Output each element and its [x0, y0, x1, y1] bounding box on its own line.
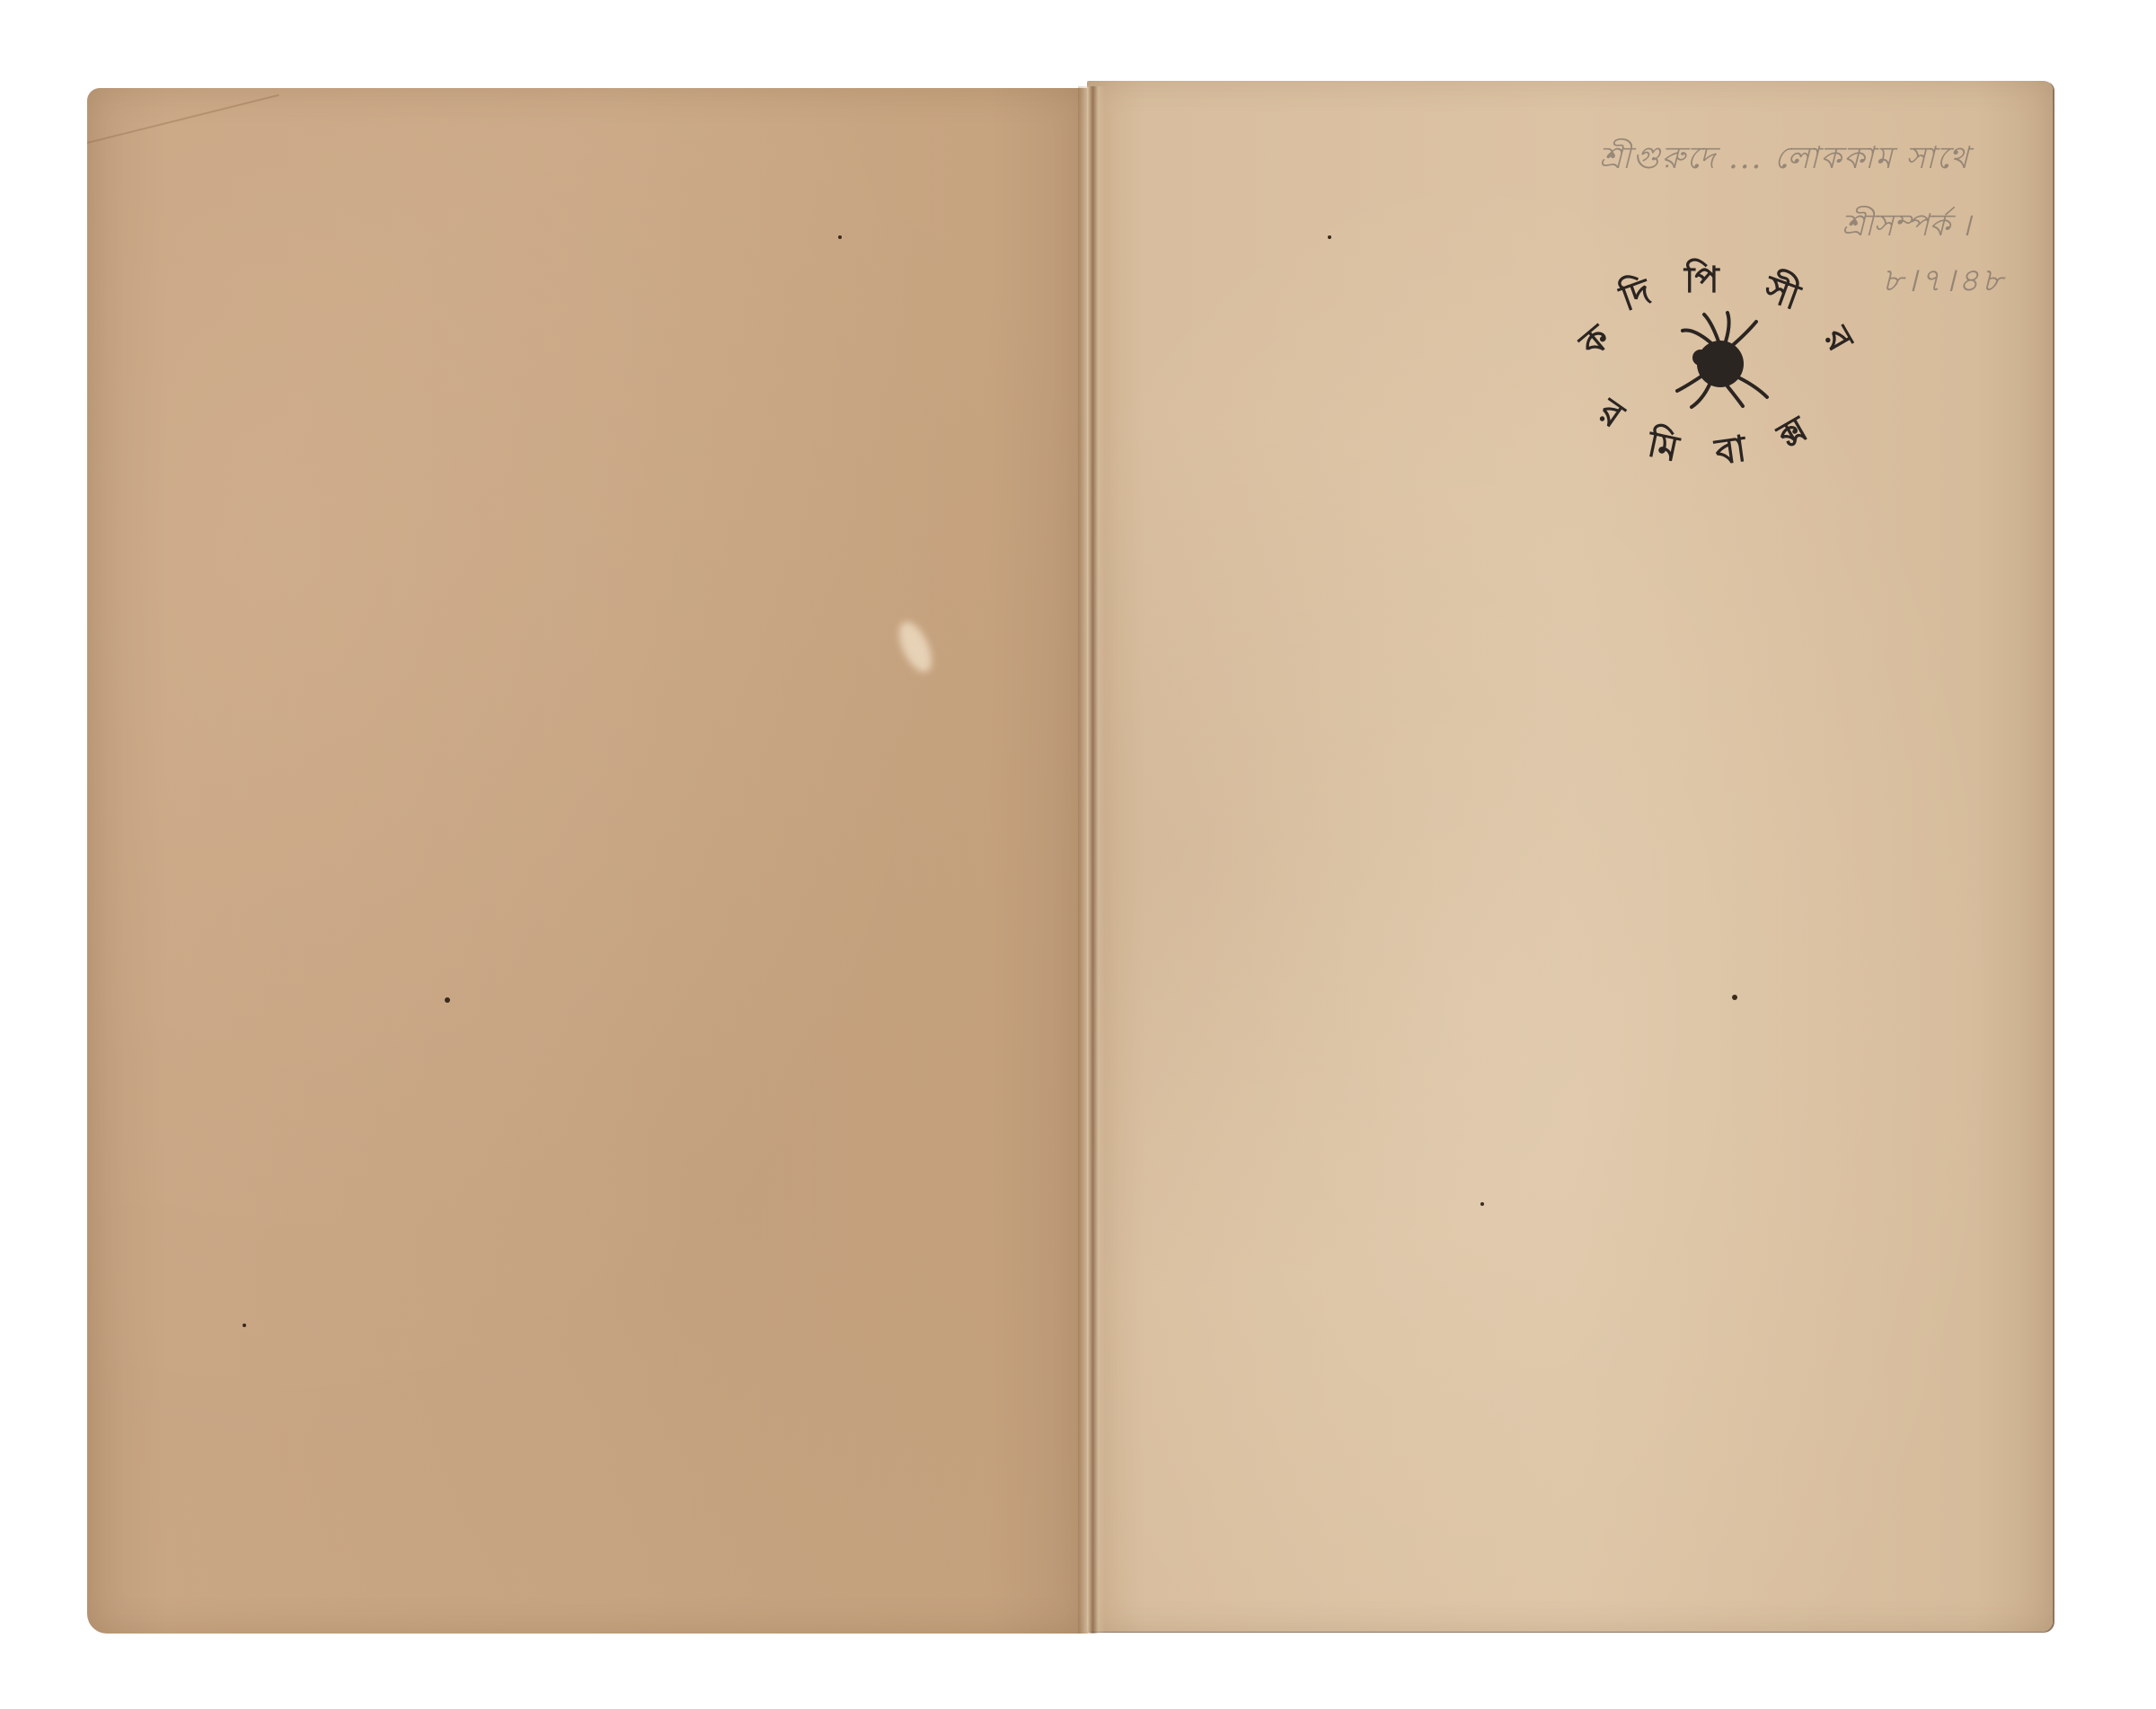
stamp-bottom-char: বা — [1711, 428, 1750, 474]
stamp-top-char: ক — [1571, 316, 1620, 367]
stamp-bottom-char: মি — [1642, 421, 1684, 471]
book-spine — [1078, 86, 1105, 1634]
stamp-top-char: র — [1815, 319, 1862, 360]
stamp-bottom-char: র — [1590, 390, 1633, 438]
left-page — [87, 88, 1089, 1634]
stamp-top-char: পি — [1683, 258, 1720, 301]
ink-speck — [1480, 1202, 1484, 1206]
ink-speck — [838, 235, 842, 239]
ink-speck — [1328, 235, 1331, 239]
stamp-bottom-char: ক্স — [1770, 408, 1816, 458]
ink-speck — [1732, 995, 1737, 1000]
stamp-top-char: দি — [1613, 269, 1658, 321]
crab-icon — [1677, 313, 1767, 407]
corner-crease — [87, 94, 279, 144]
stamp-top-char: সী — [1757, 264, 1807, 319]
ink-speck — [243, 1324, 246, 1327]
library-stamp: ক দি পি সী র র মি বা ক্স — [1568, 243, 1891, 476]
inscription-date: ৮।৭।৪৮ — [1882, 256, 2005, 310]
open-book: শ্রীগুরুদে ... লোককাম সাথে শ্রীসম্পর্ক ।… — [0, 0, 2156, 1709]
inscription-line-1: শ্রীগুরুদে ... লোককাম সাথে — [1599, 135, 1970, 186]
ink-speck — [445, 997, 450, 1003]
